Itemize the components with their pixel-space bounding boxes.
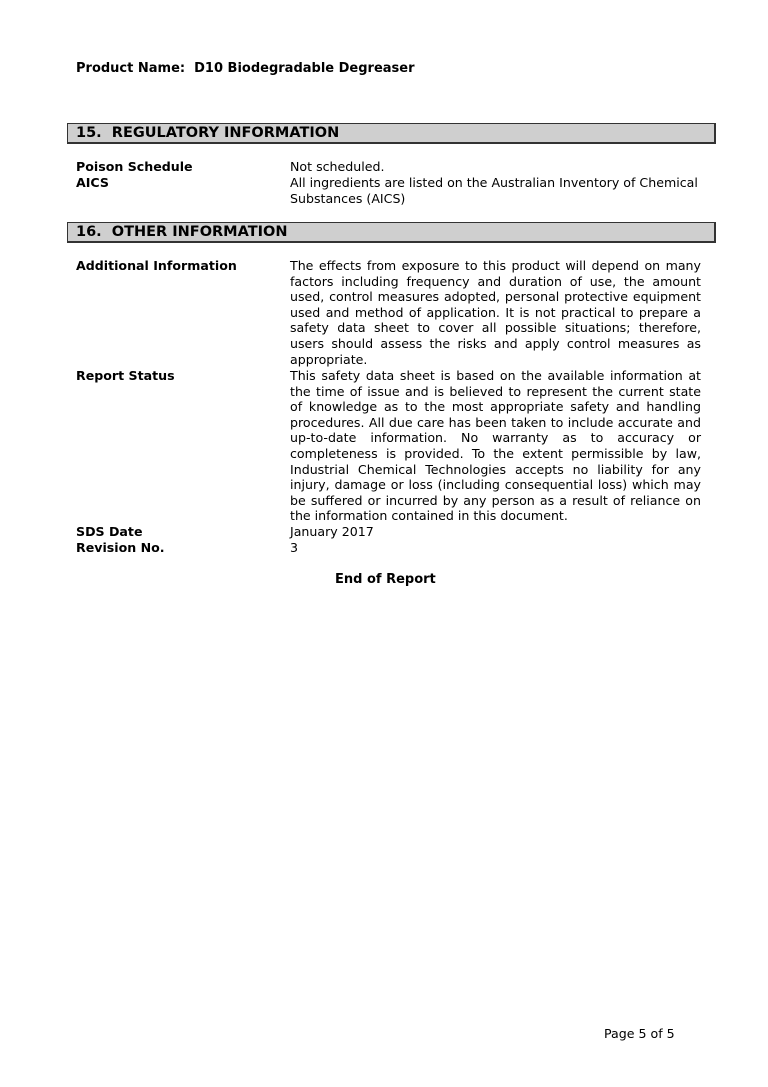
row-value: January 2017 (290, 524, 701, 540)
section-header-regulatory-information: 15. REGULATORY INFORMATION (67, 123, 716, 144)
row-label: Report Status (76, 368, 175, 384)
row-value: This safety data sheet is based on the a… (290, 368, 701, 524)
row-label: Poison Schedule (76, 159, 193, 175)
row-value: Not scheduled. (290, 159, 701, 175)
row-label: Additional Information (76, 258, 237, 274)
row-value: 3 (290, 540, 701, 556)
row-label: Revision No. (76, 540, 165, 556)
row-value: All ingredients are listed on the Austra… (290, 175, 701, 206)
product-name: Product Name: D10 Biodegradable Degrease… (76, 61, 415, 76)
section-header-other-information: 16. OTHER INFORMATION (67, 222, 716, 243)
row-label: SDS Date (76, 524, 143, 540)
page-number: Page 5 of 5 (604, 1026, 675, 1041)
end-of-report: End of Report (335, 572, 436, 587)
row-label: AICS (76, 175, 109, 191)
row-value: The effects from exposure to this produc… (290, 258, 701, 367)
